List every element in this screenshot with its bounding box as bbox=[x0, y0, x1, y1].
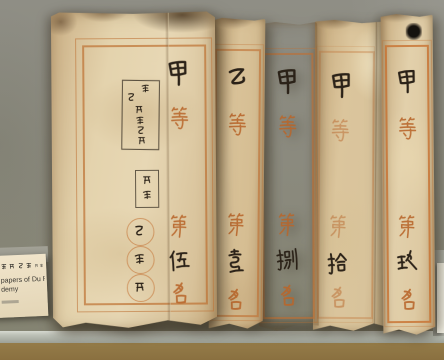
adjacent-label-card bbox=[437, 263, 444, 333]
grade-char-jia: 甲 bbox=[327, 68, 357, 102]
rank-char-ba: 捌 bbox=[273, 244, 301, 276]
name-circle bbox=[126, 218, 154, 246]
rank-prefix-di: 第 bbox=[274, 210, 300, 240]
case-base bbox=[0, 342, 444, 360]
grade-suffix-deng: 等 bbox=[167, 104, 193, 134]
cn-char-icon bbox=[17, 261, 25, 269]
student-type-char-icon bbox=[141, 189, 153, 201]
paper-sheet: 太邑都文書院 文童 杜瑞麟 bbox=[51, 11, 217, 330]
label-english-line2: demy bbox=[1, 284, 45, 295]
punched-hole bbox=[406, 23, 422, 40]
rank-suffix-ming: 名 bbox=[396, 286, 422, 314]
grade-char-yi: 乙 bbox=[224, 64, 252, 94]
exam-paper-cover: 太邑都文書院 文童 杜瑞麟 bbox=[51, 11, 217, 330]
rank-suffix-ming: 名 bbox=[326, 284, 352, 312]
label-fine-print bbox=[2, 300, 19, 304]
cn-char-icon bbox=[25, 261, 33, 269]
museum-label: 瑞麟试卷 馆藏 papers of Du Ruilin at demy bbox=[0, 254, 48, 318]
exam-paper-strip: 甲 等 第 捌 名 bbox=[257, 22, 319, 332]
seal-char-icon bbox=[134, 104, 145, 115]
rank-char-wu: 伍 bbox=[166, 246, 193, 276]
torn-edge bbox=[373, 20, 378, 332]
grade-suffix-deng: 等 bbox=[327, 116, 353, 146]
rank-char-yi: 壹 bbox=[221, 244, 249, 280]
name-char-icon bbox=[132, 224, 146, 238]
grade-char-jia: 甲 bbox=[393, 64, 421, 98]
label-english-line1: papers of Du Ruilin at bbox=[1, 275, 45, 286]
rank-prefix-di: 第 bbox=[394, 212, 420, 242]
rank-prefix-di: 第 bbox=[326, 212, 352, 242]
paper-sheet: 甲 等 第 捌 名 bbox=[257, 22, 319, 332]
seal-char-icon bbox=[136, 135, 147, 146]
rank-suffix-ming: 名 bbox=[223, 286, 249, 314]
rank-prefix-di: 第 bbox=[223, 210, 249, 240]
academy-seal-text: 太邑都文書院 bbox=[123, 81, 124, 82]
grade-char-jia: 甲 bbox=[163, 56, 193, 90]
paper-sheet: 甲 等 第 玖 名 bbox=[381, 14, 436, 336]
candidate-name-text: 杜瑞麟 bbox=[51, 13, 52, 14]
cn-note-char-icon bbox=[34, 263, 39, 268]
academy-seal-box: 太邑都文書院 bbox=[121, 80, 160, 150]
name-char-icon bbox=[133, 280, 147, 294]
label-content: 瑞麟试卷 馆藏 papers of Du Ruilin at demy bbox=[0, 260, 46, 304]
rank-suffix-ming: 名 bbox=[276, 282, 302, 310]
seal-char-icon bbox=[140, 83, 151, 94]
name-circle bbox=[127, 246, 155, 274]
rank-char-shi: 拾 bbox=[324, 248, 352, 280]
cn-note-char-icon bbox=[39, 263, 44, 268]
rank-prefix-di: 第 bbox=[166, 212, 192, 242]
name-char-icon bbox=[133, 252, 147, 266]
exam-paper-strip: 甲 等 第 玖 名 bbox=[381, 14, 436, 336]
label-chinese-row: 瑞麟试卷 馆藏 bbox=[0, 260, 44, 271]
grade-char-jia: 甲 bbox=[272, 64, 302, 98]
rank-char-jiu: 玖 bbox=[394, 246, 422, 278]
student-type-char-icon bbox=[141, 174, 153, 186]
display-case-scene: 太邑都文書院 文童 杜瑞麟 bbox=[0, 0, 444, 360]
exam-paper-strip: 乙 等 第 壹 名 bbox=[209, 18, 266, 330]
grade-suffix-deng: 等 bbox=[224, 110, 250, 140]
student-type-box: 文童 bbox=[135, 170, 159, 208]
student-type-text: 文童 bbox=[136, 171, 137, 172]
paper-sheet: 乙 等 第 壹 名 bbox=[209, 18, 266, 330]
grade-suffix-deng: 等 bbox=[394, 114, 420, 144]
rank-suffix-ming: 名 bbox=[168, 280, 194, 308]
name-circle bbox=[127, 274, 155, 302]
cn-char-icon bbox=[8, 262, 16, 270]
seal-char-icon bbox=[126, 92, 137, 103]
cn-char-icon bbox=[0, 262, 8, 270]
grade-suffix-deng: 等 bbox=[275, 112, 301, 142]
